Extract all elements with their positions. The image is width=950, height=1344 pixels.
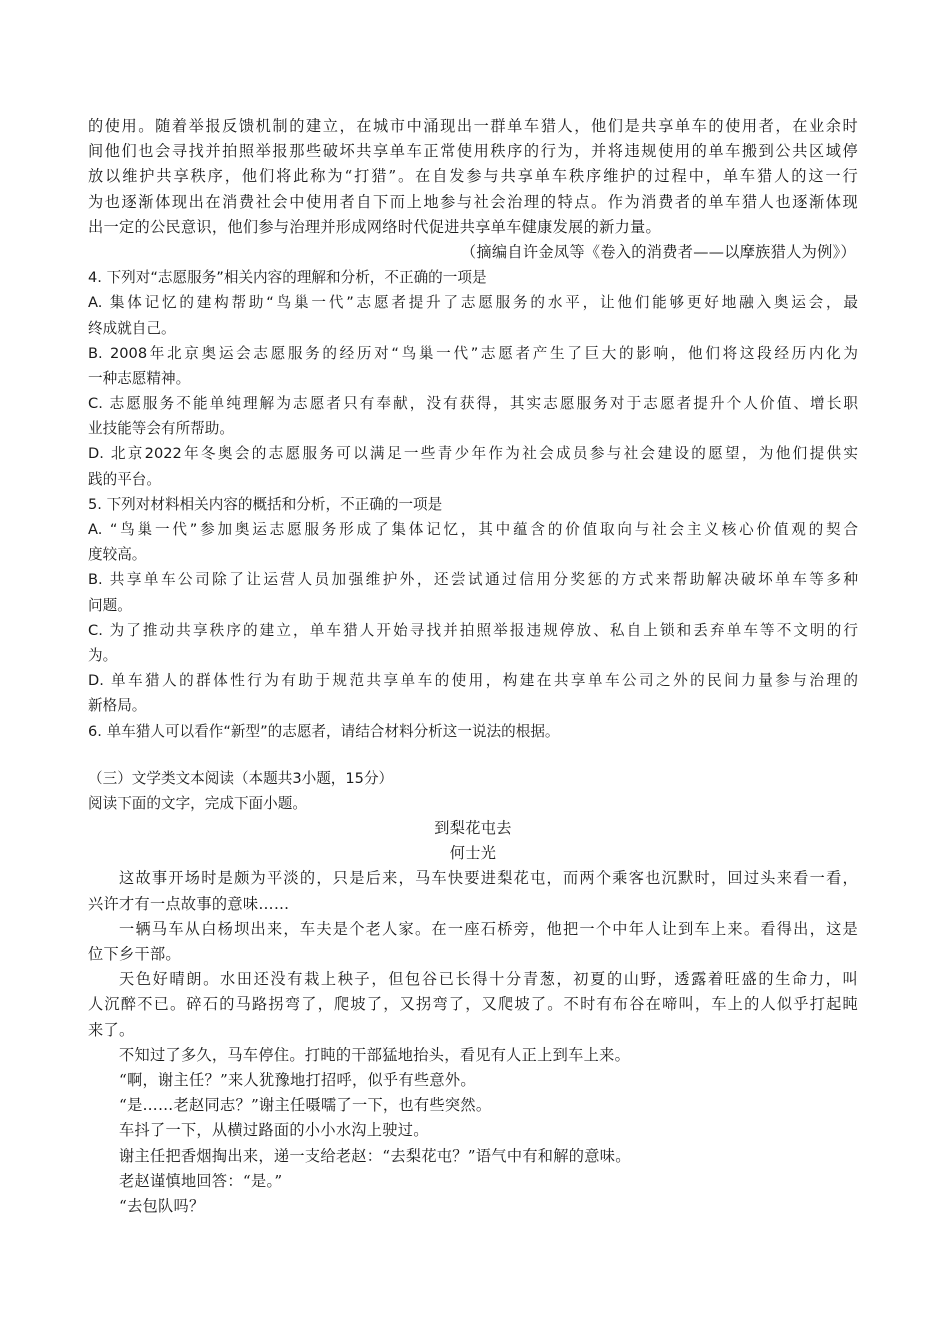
option-text: 志愿服务不能单纯理解为志愿者只有奉献，没有获得，其实志愿服务对于志愿者提升个人价…	[110, 395, 858, 412]
passage-ending: 的使用。随着举报反馈机制的建立，在城市中涌现出一群单车猎人，他们是共享单车的使用…	[88, 114, 858, 265]
option-text: 2008年北京奥运会志愿服务的经历对“鸟巢一代”志愿者产生了巨大的影响，他们将这…	[110, 345, 858, 362]
option-text: 问题。	[88, 593, 858, 618]
dialogue-line: “去包队吗？	[88, 1194, 858, 1219]
option-text: 新格局。	[88, 693, 858, 718]
option-text: 一种志愿精神。	[88, 366, 858, 391]
paragraph-line: 一辆马车从白杨坝出来，车夫是个老人家。在一座石桥旁，他把一个中年人让到车上来。看…	[88, 917, 858, 942]
option-label: A.	[88, 521, 102, 538]
dialogue-line: “是……老赵同志？”谢主任嗫嚅了一下，也有些突然。	[88, 1093, 858, 1118]
paragraph-line: 人沉醉不已。碎石的马路拐弯了，爬坡了，又拐弯了，又爬坡了。不时有布谷在啼叫，车上…	[88, 992, 858, 1017]
option-text: 为了推动共享秩序的建立，单车猎人开始寻找并拍照举报违规停放、私自上锁和丢弃单车等…	[110, 622, 858, 639]
option-label: C.	[88, 622, 103, 639]
paragraph-line: 车抖了一下，从横过路面的小小水沟上驶过。	[88, 1118, 858, 1143]
question-stem: 单车猎人可以看作“新型”的志愿者，请结合材料分析这一说法的根据。	[107, 723, 560, 740]
paragraph-line: 谢主任把香烟掏出来，递一支给老赵：“去梨花屯？”语气中有和解的意味。	[88, 1144, 858, 1169]
story-title: 到梨花屯去	[88, 816, 858, 841]
option-text: 度较高。	[88, 542, 858, 567]
option-label: B.	[88, 571, 103, 588]
dialogue-line: 老赵谨慎地回答：“是。”	[88, 1169, 858, 1194]
option-label: D.	[88, 445, 104, 462]
passage-line: 放以维护共享秩序，他们将此称为“打猎”。在自发参与共享单车秩序维护的过程中，单车…	[88, 164, 858, 189]
option-text: 业技能等会有所帮助。	[88, 416, 858, 441]
option-label: D.	[88, 672, 104, 689]
paragraph-line: 来了。	[88, 1018, 858, 1043]
passage-line: 的使用。随着举报反馈机制的建立，在城市中涌现出一群单车猎人，他们是共享单车的使用…	[88, 114, 858, 139]
paragraph-line: 天色好晴朗。水田还没有栽上秧子，但包谷已长得十分青葱，初夏的山野，透露着旺盛的生…	[88, 967, 858, 992]
option-label: B.	[88, 345, 103, 362]
paragraph-line: 兴许才有一点故事的意味……	[88, 892, 858, 917]
question-number: 6.	[88, 723, 102, 740]
option-text: 践的平台。	[88, 467, 858, 492]
section-3-header: （三）文学类文本阅读（本题共3小题，15分） 阅读下面的文字，完成下面小题。	[88, 766, 858, 816]
question-stem: 下列对“志愿服务”相关内容的理解和分析，不正确的一项是	[107, 269, 487, 286]
option-text: 单车猎人的群体性行为有助于规范共享单车的使用，构建在共享单车公司之外的民间力量参…	[111, 672, 858, 689]
paragraph-line: 不知过了多久，马车停住。打盹的干部猛地抬头，看见有人正上到车上来。	[88, 1043, 858, 1068]
passage-line: 出一定的公民意识，他们参与治理并形成网络时代促进共享单车健康发展的新力量。	[88, 215, 858, 240]
section-gap	[88, 744, 858, 766]
option-text: “鸟巢一代”参加奥运志愿服务形成了集体记忆，其中蕴含的价值取向与社会主义核心价值…	[110, 521, 858, 538]
passage-line: 间他们也会寻找并拍照举报那些破坏共享单车正常使用秩序的行为，并将违规使用的单车搬…	[88, 139, 858, 164]
section-instruction: 阅读下面的文字，完成下面小题。	[88, 791, 858, 816]
question-number: 4.	[88, 269, 102, 286]
section-heading: （三）文学类文本阅读（本题共3小题，15分）	[88, 766, 858, 791]
option-text: 终成就自己。	[88, 316, 858, 341]
question-6: 6. 单车猎人可以看作“新型”的志愿者，请结合材料分析这一说法的根据。	[88, 719, 858, 744]
option-text: 为。	[88, 643, 858, 668]
question-number: 5.	[88, 496, 102, 513]
option-text: 共享单车公司除了让运营人员加强维护外，还尝试通过信用分奖惩的方式来帮助解决破坏单…	[110, 571, 858, 588]
exam-page: 的使用。随着举报反馈机制的建立，在城市中涌现出一群单车猎人，他们是共享单车的使用…	[88, 114, 858, 1219]
literary-text: 到梨花屯去 何士光 这故事开场时是颇为平淡的，只是后来，马车快要进梨花屯，而两个…	[88, 816, 858, 1219]
option-text: 集体记忆的建构帮助“鸟巢一代”志愿者提升了志愿服务的水平，让他们能够更好地融入奥…	[110, 294, 858, 311]
passage-line: 为也逐渐体现出在消费社会中使用者自下而上地参与社会治理的特点。作为消费者的单车猎…	[88, 190, 858, 215]
question-stem: 下列对材料相关内容的概括和分析，不正确的一项是	[107, 496, 443, 513]
option-text: 北京2022年冬奥会的志愿服务可以满足一些青少年作为社会成员参与社会建设的愿望，…	[111, 445, 858, 462]
question-5: 5. 下列对材料相关内容的概括和分析，不正确的一项是 A. “鸟巢一代”参加奥运…	[88, 492, 858, 719]
paragraph-line: 这故事开场时是颇为平淡的，只是后来，马车快要进梨花屯，而两个乘客也沉默时，回过头…	[88, 866, 858, 891]
story-author: 何士光	[88, 841, 858, 866]
passage-source: （摘编自许金凤等《卷入的消费者——以摩族猎人为例》）	[88, 240, 858, 265]
paragraph-line: 位下乡干部。	[88, 942, 858, 967]
dialogue-line: “啊，谢主任？”来人犹豫地打招呼，似乎有些意外。	[88, 1068, 858, 1093]
option-label: A.	[88, 294, 102, 311]
option-label: C.	[88, 395, 103, 412]
question-4: 4. 下列对“志愿服务”相关内容的理解和分析，不正确的一项是 A. 集体记忆的建…	[88, 265, 858, 492]
